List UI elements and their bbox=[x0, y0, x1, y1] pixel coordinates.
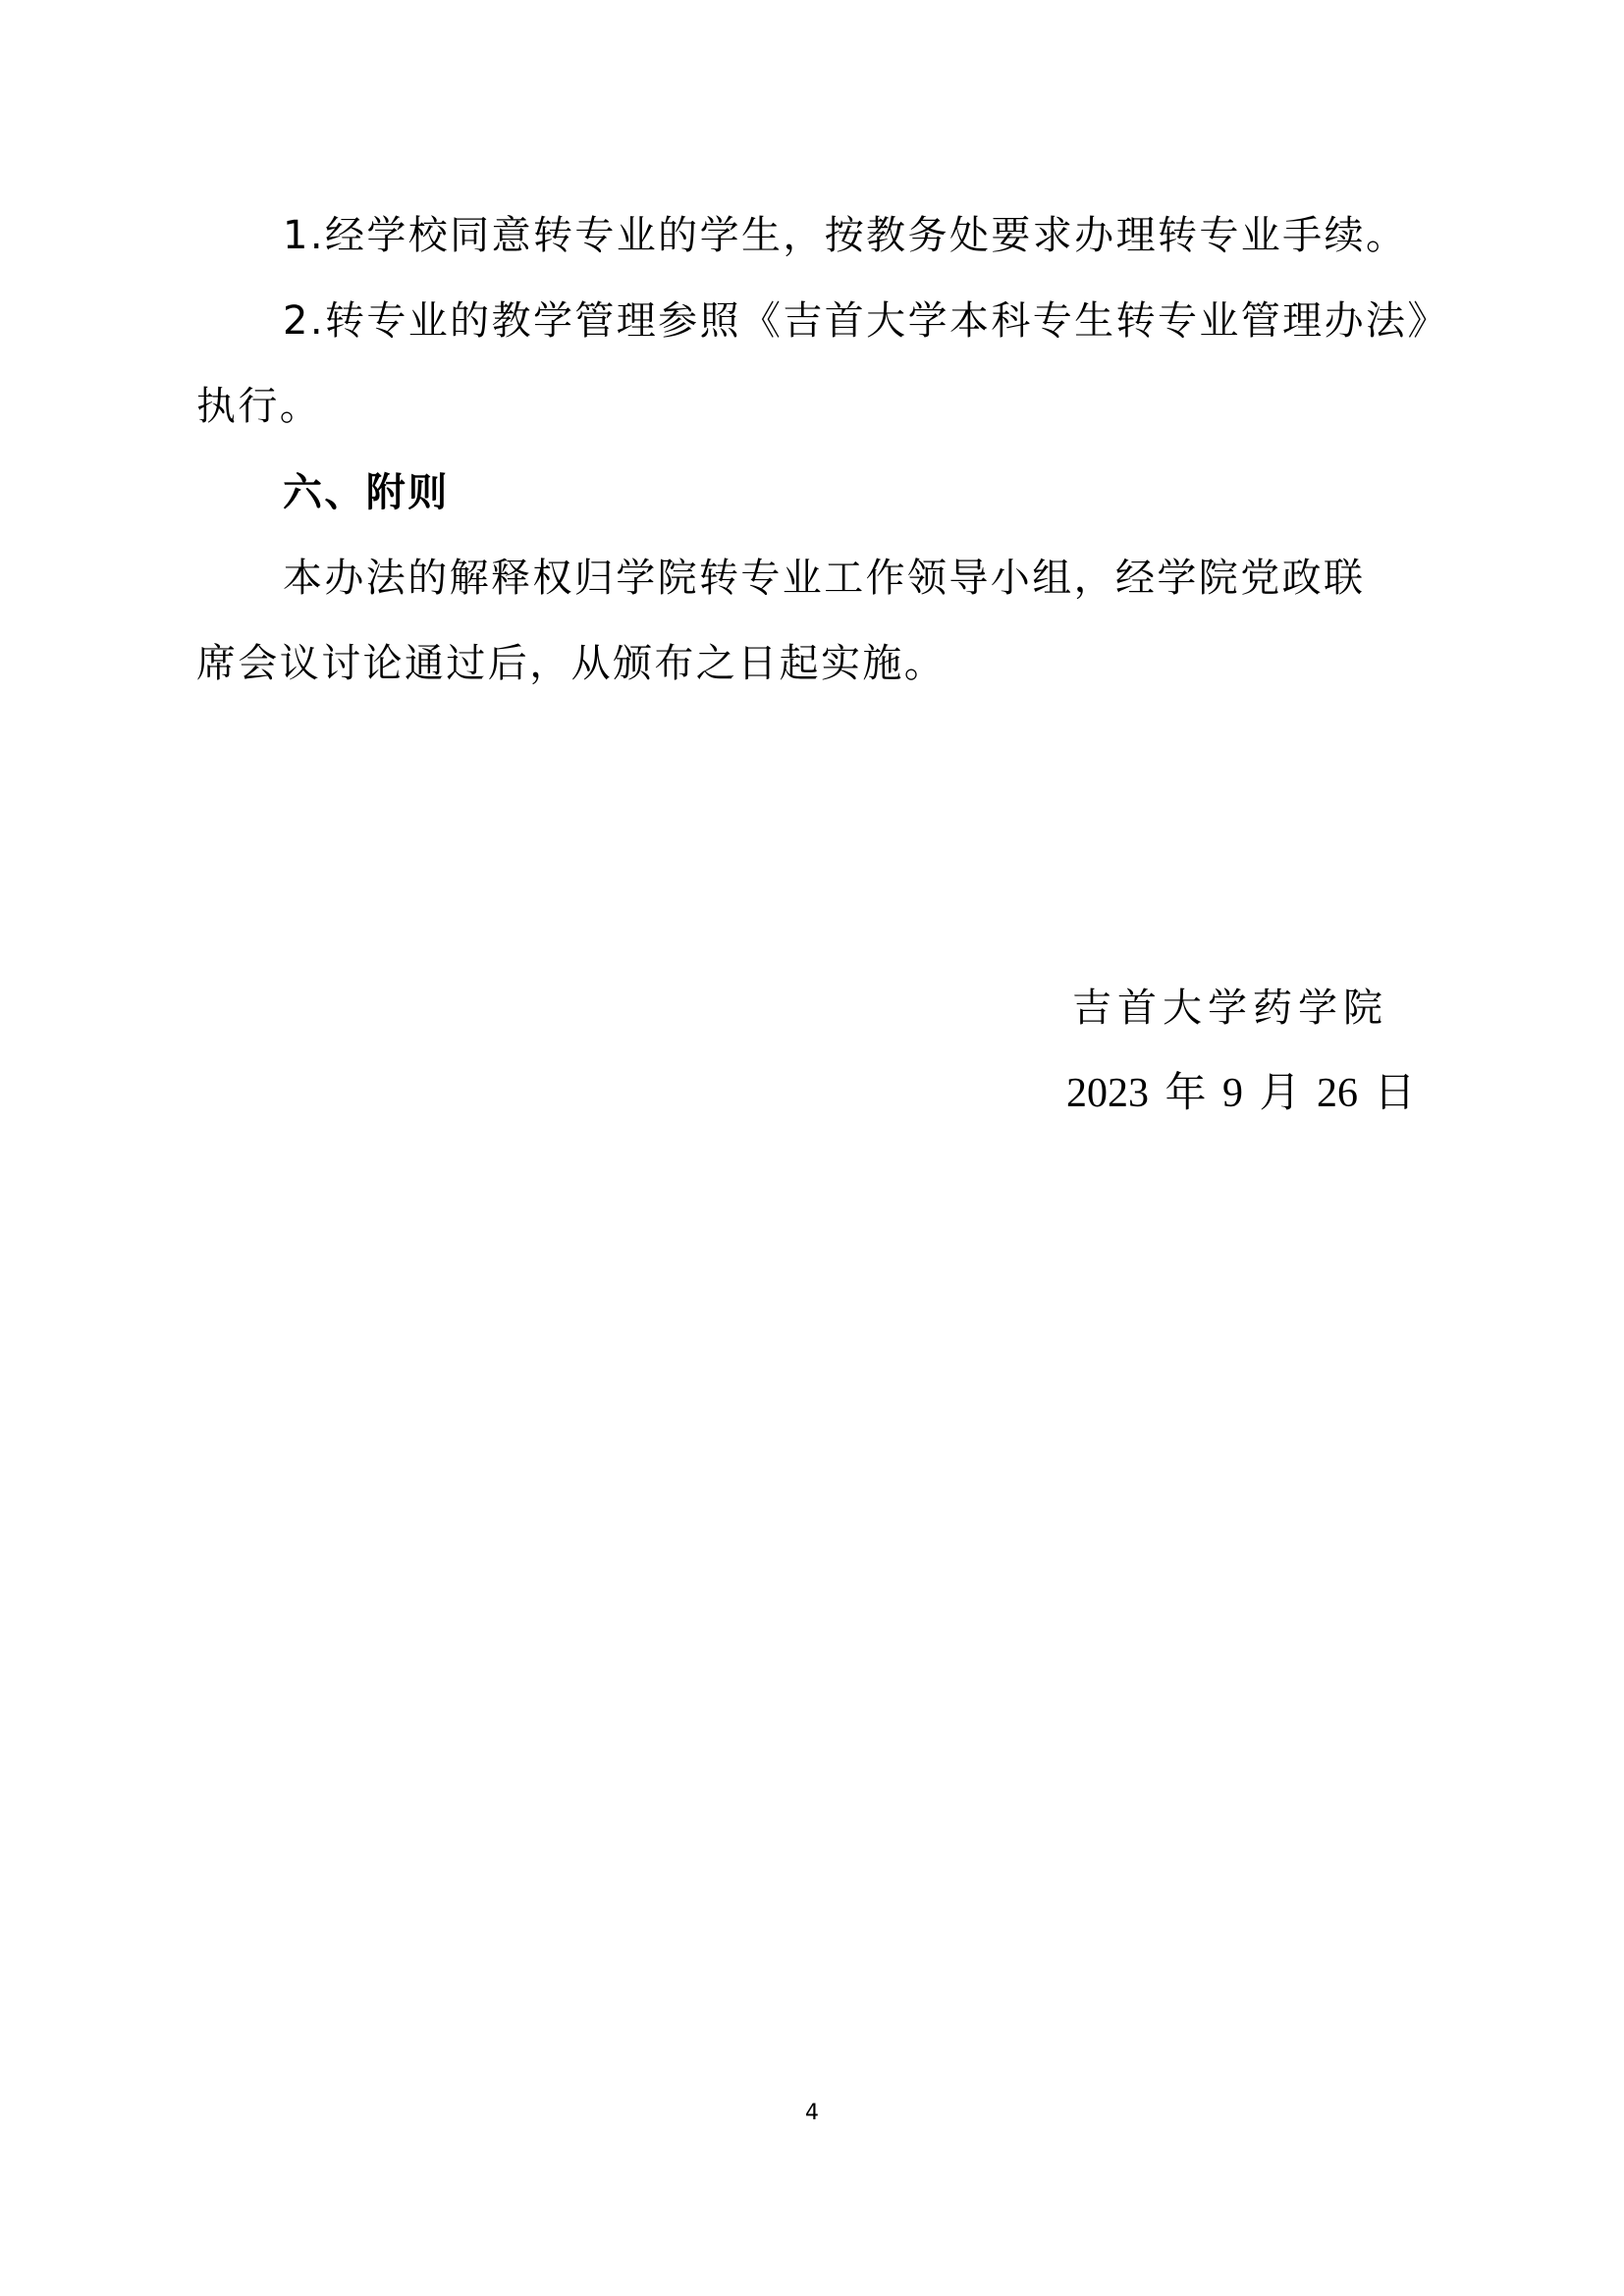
paragraph-item-2-line-2: 执行。 bbox=[196, 383, 321, 430]
closing-paragraph-line-2: 席会议讨论通过后，从颁布之日起实施。 bbox=[196, 640, 946, 687]
closing-paragraph-line-1: 本办法的解释权归学院转专业工作领导小组，经学院党政联 bbox=[283, 555, 1365, 602]
document-page: 1.经学校同意转专业的学生，按教务处要求办理转专业手续。 2.转专业的教学管理参… bbox=[0, 0, 1624, 2296]
signature-organization: 吉首大学药学院 bbox=[1072, 985, 1388, 1032]
section-heading: 六、附则 bbox=[283, 469, 450, 516]
paragraph-item-1: 1.经学校同意转专业的学生，按教务处要求办理转专业手续。 bbox=[283, 212, 1407, 259]
page-number: 4 bbox=[0, 2101, 1624, 2125]
paragraph-item-2-line-1: 2.转专业的教学管理参照《吉首大学本科专生转专业管理办法》 bbox=[283, 297, 1449, 345]
signature-date: 2023 年 9 月 26 日 bbox=[1066, 1070, 1416, 1117]
